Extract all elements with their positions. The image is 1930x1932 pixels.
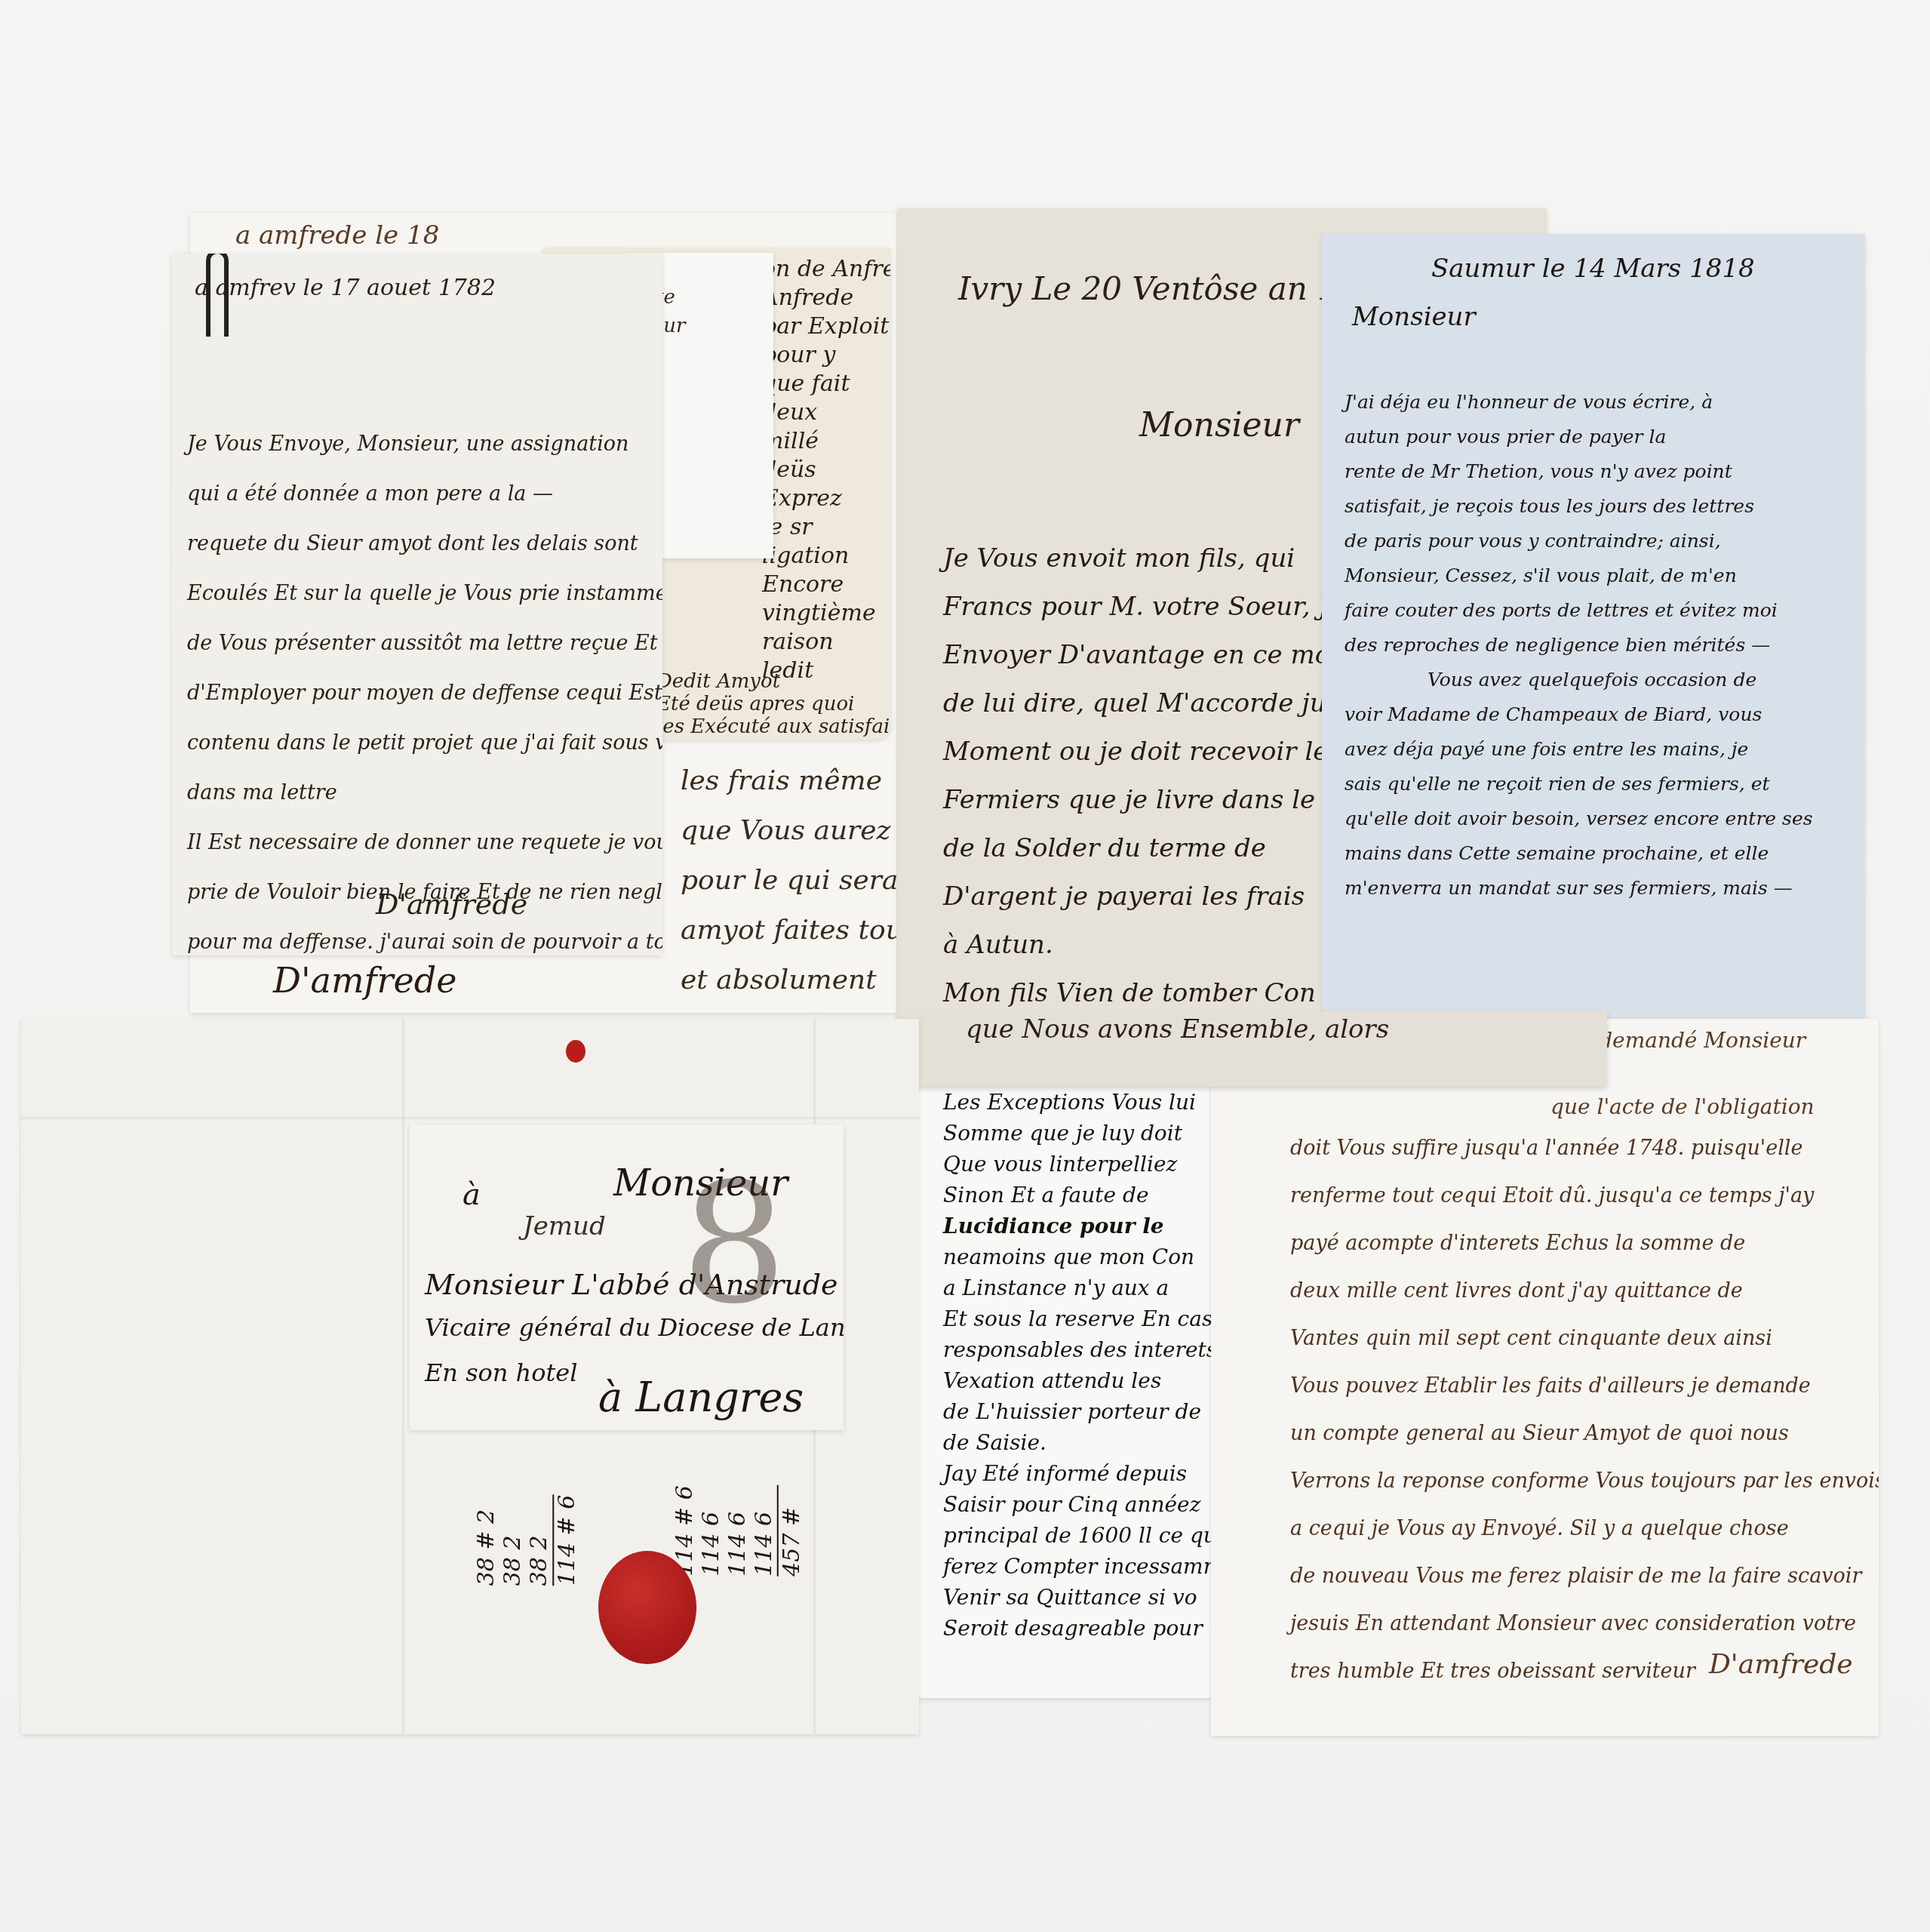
line: de Vous présenter aussitôt ma lettre reç… (187, 619, 662, 669)
line: Francs pour M. votre Soeur, J (943, 583, 1370, 631)
line: que Vous aurez (681, 806, 896, 856)
line: Venir sa Quittance si vo (943, 1582, 1234, 1613)
fragment-lines: on de Anfrede Anfrede par Exploit pour y… (762, 255, 890, 685)
line: Vantes quin mil sept cent cinquante deux… (1290, 1315, 1879, 1362)
line: J'ai déja eu l'honneur de vous écrire, à (1345, 385, 1813, 420)
line: Verrons la reponse conforme Vous toujour… (1290, 1457, 1879, 1505)
line: principal de 1600 ll ce que (943, 1520, 1234, 1551)
line: sais qu'elle ne reçoit rien de ses fermi… (1345, 767, 1813, 801)
line: pour ma deffense. j'aurai soin de pourvo… (187, 918, 662, 955)
line: payé acompte d'interets Echus la somme d… (1290, 1220, 1879, 1267)
wax-seal-small-icon (566, 1040, 585, 1063)
signature: D'amfrede (273, 960, 456, 1001)
line: qu'elle doit avoir besoin, versez encore… (1345, 801, 1813, 836)
line: satisfait, je reçois tous les jours des … (1345, 489, 1813, 524)
line: Il Est necessaire de donner une requete … (187, 818, 662, 868)
salutation: Monsieur (1139, 406, 1299, 445)
line: jesuis En attendant Monsieur avec consid… (1290, 1600, 1879, 1647)
line: de L'huissier porteur de (943, 1396, 1234, 1427)
line: autun pour vous prier de payer la (1345, 420, 1813, 454)
line: Encore (762, 571, 890, 599)
dateline: Saumur le 14 Mars 1818 (1431, 254, 1755, 284)
letter-damfreville-1782: a amfrev le 17 aouet 1782 Je Vous Envoye… (172, 254, 662, 955)
line: de paris pour vous y contraindre; ainsi, (1345, 524, 1813, 558)
line: ferez Compter incessamment (943, 1551, 1234, 1582)
line: Envoyer D'avantage en ce mome (943, 631, 1370, 679)
line: Somme que je luy doit (943, 1118, 1234, 1149)
envelope: à Monsieur Jemud Monsieur L'abbé d'Anstr… (21, 1019, 919, 1734)
line: neamoins que mon Con (943, 1241, 1234, 1272)
calc-line: 38 2 (526, 1495, 552, 1586)
line: Vous pouvez Etablir les faits d'ailleurs… (1290, 1362, 1879, 1410)
top-fragment: je demandé Monsieur (1573, 1023, 1806, 1058)
line: a cequi je Vous ay Envoyé. Sil y a quelq… (1290, 1505, 1879, 1552)
signature: D'amfrede (376, 888, 527, 921)
signature: D'amfrede (1709, 1649, 1853, 1680)
line: avez déja payé une fois entre les mains,… (1345, 732, 1813, 767)
line: les Exécuté aux satisfaire (656, 715, 890, 738)
line: raison (762, 628, 890, 657)
line: pour y (762, 341, 890, 370)
line: amyot faites tout (681, 906, 896, 955)
line: et absolument (681, 955, 896, 1005)
line: Monsieur, Cessez, s'il vous plait, de m'… (1345, 558, 1813, 593)
line: Les Exceptions Vous lui (943, 1087, 1234, 1118)
line: qui a été donnée a mon pere a la — (187, 469, 662, 519)
line: de nouveau Vous me ferez plaisir de me l… (1290, 1552, 1879, 1600)
calc-line: 114 # 6 (552, 1495, 580, 1586)
line: Vexation attendu les (943, 1365, 1234, 1396)
calculation-left: 38 # 2 38 2 38 2 114 # 6 (473, 1495, 580, 1586)
line: deux (762, 398, 890, 427)
line: Lucidiance pour le (943, 1211, 1234, 1241)
letter-body: doit Vous suffire jusqu'a l'année 1748. … (1290, 1124, 1879, 1695)
address-prefix: à (463, 1177, 481, 1212)
line: Exprez (762, 485, 890, 513)
line: pour le qui sera dû (681, 856, 896, 906)
line: dans ma lettre (187, 768, 662, 818)
line: doit Vous suffire jusqu'a l'année 1748. … (1290, 1124, 1879, 1172)
calc-line: 114 6 (724, 1485, 751, 1577)
postmark-mark: 8 (681, 1147, 787, 1340)
line: Jay Eté informé depuis (943, 1458, 1234, 1489)
letter-body: Les Exceptions Vous lui Somme que je luy… (943, 1087, 1234, 1644)
line: Je Vous Envoye, Monsieur, une assignatio… (187, 420, 662, 469)
line: m'enverra un mandat sur ses fermiers, ma… (1345, 871, 1813, 906)
letter-ivry-bottom-strip: que Nous avons Ensemble, alors (898, 1011, 1607, 1087)
line: de Saisie. (943, 1427, 1234, 1458)
line: un compte general au Sieur Amyot de quoi… (1290, 1410, 1879, 1457)
fragment-footer: Dedit Amyot Eté deüs apres quoi les Exéc… (656, 670, 890, 738)
line: on de Anfrede (762, 255, 890, 284)
calc-line: 457 # (777, 1485, 805, 1577)
fold-line (402, 1019, 404, 1734)
line: d'Employer pour moyen de deffense cequi … (187, 669, 662, 718)
dateline: a amfrev le 17 aouet 1782 (195, 275, 496, 301)
line: rente de Mr Thetion, vous n'y avez point (1345, 454, 1813, 489)
line: Dedit Amyot (656, 670, 890, 693)
salutation: Monsieur (1352, 302, 1476, 332)
letter-exceptions: Les Exceptions Vous lui Somme que je luy… (917, 1057, 1234, 1698)
line: mains dans Cette semaine prochaine, et e… (1345, 836, 1813, 871)
line: Sinon Et a faute de (943, 1180, 1234, 1211)
fold-line (21, 1117, 919, 1119)
city: à Langres (598, 1374, 804, 1421)
line: faire couter des ports de lettres et évi… (1345, 593, 1813, 628)
line: responsables des interets de (943, 1334, 1234, 1365)
line: Anfrede (762, 284, 890, 312)
line: par Exploit (762, 312, 890, 341)
letter-body: Je Vous Envoye, Monsieur, une assignatio… (187, 420, 662, 955)
calc-line: 38 2 (499, 1495, 526, 1586)
line: de lui dire, quel M'accorde jus (943, 679, 1370, 728)
line: deüs (762, 456, 890, 485)
line: contenu dans le petit projet que j'ai fa… (187, 718, 662, 768)
line: Je Vous envoit mon fils, qui (943, 534, 1370, 583)
line: requete du Sieur amyot dont les delais s… (187, 519, 662, 569)
calculation-right: 114 # 6 114 6 114 6 114 6 457 # (672, 1485, 805, 1577)
line: renferme tout cequi Etoit dû. jusqu'a ce… (1290, 1172, 1879, 1220)
line: Que vous linterpelliez (943, 1149, 1234, 1180)
line: a Linstance n'y aux a (943, 1272, 1234, 1303)
line: D'argent je payerai les frais (943, 872, 1370, 921)
line: de la Solder du terme de (943, 824, 1370, 872)
line: millé (762, 427, 890, 456)
line: je demandé Monsieur (1573, 1023, 1806, 1058)
line: Seroit desagreable pour mo (943, 1613, 1234, 1644)
line: Moment ou je doit recevoir le (943, 728, 1370, 776)
line: Saisir pour Cinq annéez (943, 1489, 1234, 1520)
letter-bottom-right: je demandé Monsieur que l'acte de l'obli… (1211, 1019, 1879, 1736)
line: que fait (762, 370, 890, 398)
line: ligation (762, 542, 890, 571)
line: le sr (762, 513, 890, 542)
calc-line: 114 6 (751, 1485, 777, 1577)
calc-line: 114 6 (698, 1485, 724, 1577)
line: Ecoulés Et sur la quelle je Vous prie in… (187, 569, 662, 619)
letter-body: Je Vous envoit mon fils, qui Francs pour… (943, 534, 1370, 1087)
fragment-lines: les frais même que Vous aurez pour le qu… (681, 756, 896, 1005)
line: vingtième (762, 599, 890, 628)
line: voir Madame de Champeaux de Biard, vous (1345, 697, 1813, 732)
line: Et sous la reserve En cas (943, 1303, 1234, 1334)
calc-line: 38 # 2 (473, 1495, 499, 1586)
line: Mon fils Vien de tomber Con (943, 969, 1370, 1017)
line: les frais même (681, 756, 896, 806)
line: Fermiers que je livre dans le (943, 776, 1370, 824)
dateline: Ivry Le 20 Ventôse an 13 (958, 270, 1358, 307)
line: Eté deüs apres quoi (656, 693, 890, 715)
letter-body: J'ai déja eu l'honneur de vous écrire, à… (1345, 385, 1813, 906)
location-line: En son hotel (425, 1358, 578, 1387)
letter-saumur-1818: Saumur le 14 Mars 1818 Monsieur J'ai déj… (1322, 234, 1865, 1026)
line: à Autun. (943, 921, 1370, 969)
wax-seal-large-icon (598, 1551, 696, 1664)
line: que Nous avons Ensemble, alors (966, 1014, 1389, 1044)
dateline: a amfrede le 18 (235, 220, 439, 251)
address-note: Jemud (523, 1211, 606, 1241)
line: Vous avez quelquefois occasion de (1345, 663, 1813, 697)
line: deux mille cent livres dont j'ay quittan… (1290, 1267, 1879, 1315)
address-panel: à Monsieur Jemud Monsieur L'abbé d'Anstr… (410, 1124, 844, 1430)
top-fragment-line: que l'acte de l'obligation (1550, 1094, 1815, 1119)
line: des reproches de negligence bien mérités… (1345, 628, 1813, 663)
